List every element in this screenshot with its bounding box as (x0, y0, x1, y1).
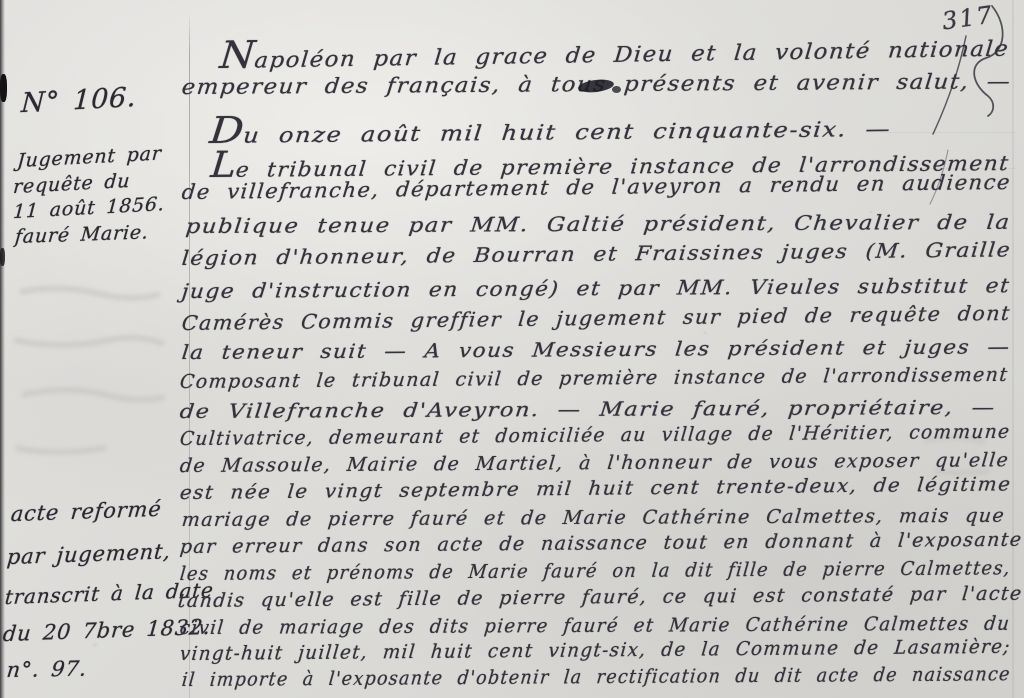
margin-note-line: par jugement, (6, 539, 172, 569)
handwritten-line: civil de mariage des dits pierre fauré e… (179, 613, 1012, 639)
margin-note-line: Jugement par (16, 142, 162, 172)
ruled-guide-line (880, 132, 1016, 133)
ink-blot (612, 86, 621, 93)
handwritten-line: la teneur suit — A vous Messieurs les pr… (181, 335, 1012, 364)
handwritten-line: est née le vingt septembre mil huit cent… (179, 473, 1013, 504)
margin-note-line: n°. 97. (5, 657, 88, 682)
handwritten-line: mariage de pierre fauré et de Marie Cath… (181, 505, 1006, 531)
margin-note-line: acte reformé (10, 497, 163, 526)
margin-case-number: N° 106. (20, 82, 137, 119)
handwritten-line: de Massoule, Mairie de Martiel, à l'honn… (179, 449, 1010, 477)
handwritten-line: Composant le tribunal civil de première … (179, 364, 1010, 393)
handwritten-line: par erreur dans son acte de naissance to… (179, 529, 1024, 558)
handwritten-line: juge d'instruction en congé) et par MM. … (181, 273, 1012, 303)
handwritten-line: Cultivatrice, demeurant et domiciliée au… (179, 421, 1012, 450)
scan-edge-blot (0, 248, 5, 266)
margin-note-line: requête du (12, 170, 131, 198)
handwritten-line: il importe à l'exposante d'obtenir la re… (181, 663, 1012, 691)
handwritten-line: publique tenue par MM. Galtié président,… (185, 210, 1012, 238)
handwritten-line: vingt-huit juillet, mil huit cent vingt-… (179, 636, 1012, 665)
margin-note-line: 11 août 1856. (12, 193, 165, 223)
document-page: 317 N° 106. Jugement par requête du 11 a… (0, 0, 1024, 698)
margin-note-line: fauré Marie. (14, 221, 150, 248)
handwritten-line: de Villefranche d'Aveyron. — Marie fauré… (179, 396, 997, 423)
handwritten-line: légion d'honneur, de Bourran et Fraissin… (181, 237, 1013, 270)
handwritten-line: Camérès Commis greffier le jugement sur … (181, 301, 1012, 335)
handwritten-line: tandis qu'elle est fille de pierre fauré… (177, 583, 1024, 612)
handwritten-line: Napoléon par la grace de Dieu et la volo… (218, 21, 1012, 77)
scan-edge-blot (0, 74, 7, 102)
handwritten-line: les noms et prénoms de Marie fauré on la… (179, 557, 1012, 585)
